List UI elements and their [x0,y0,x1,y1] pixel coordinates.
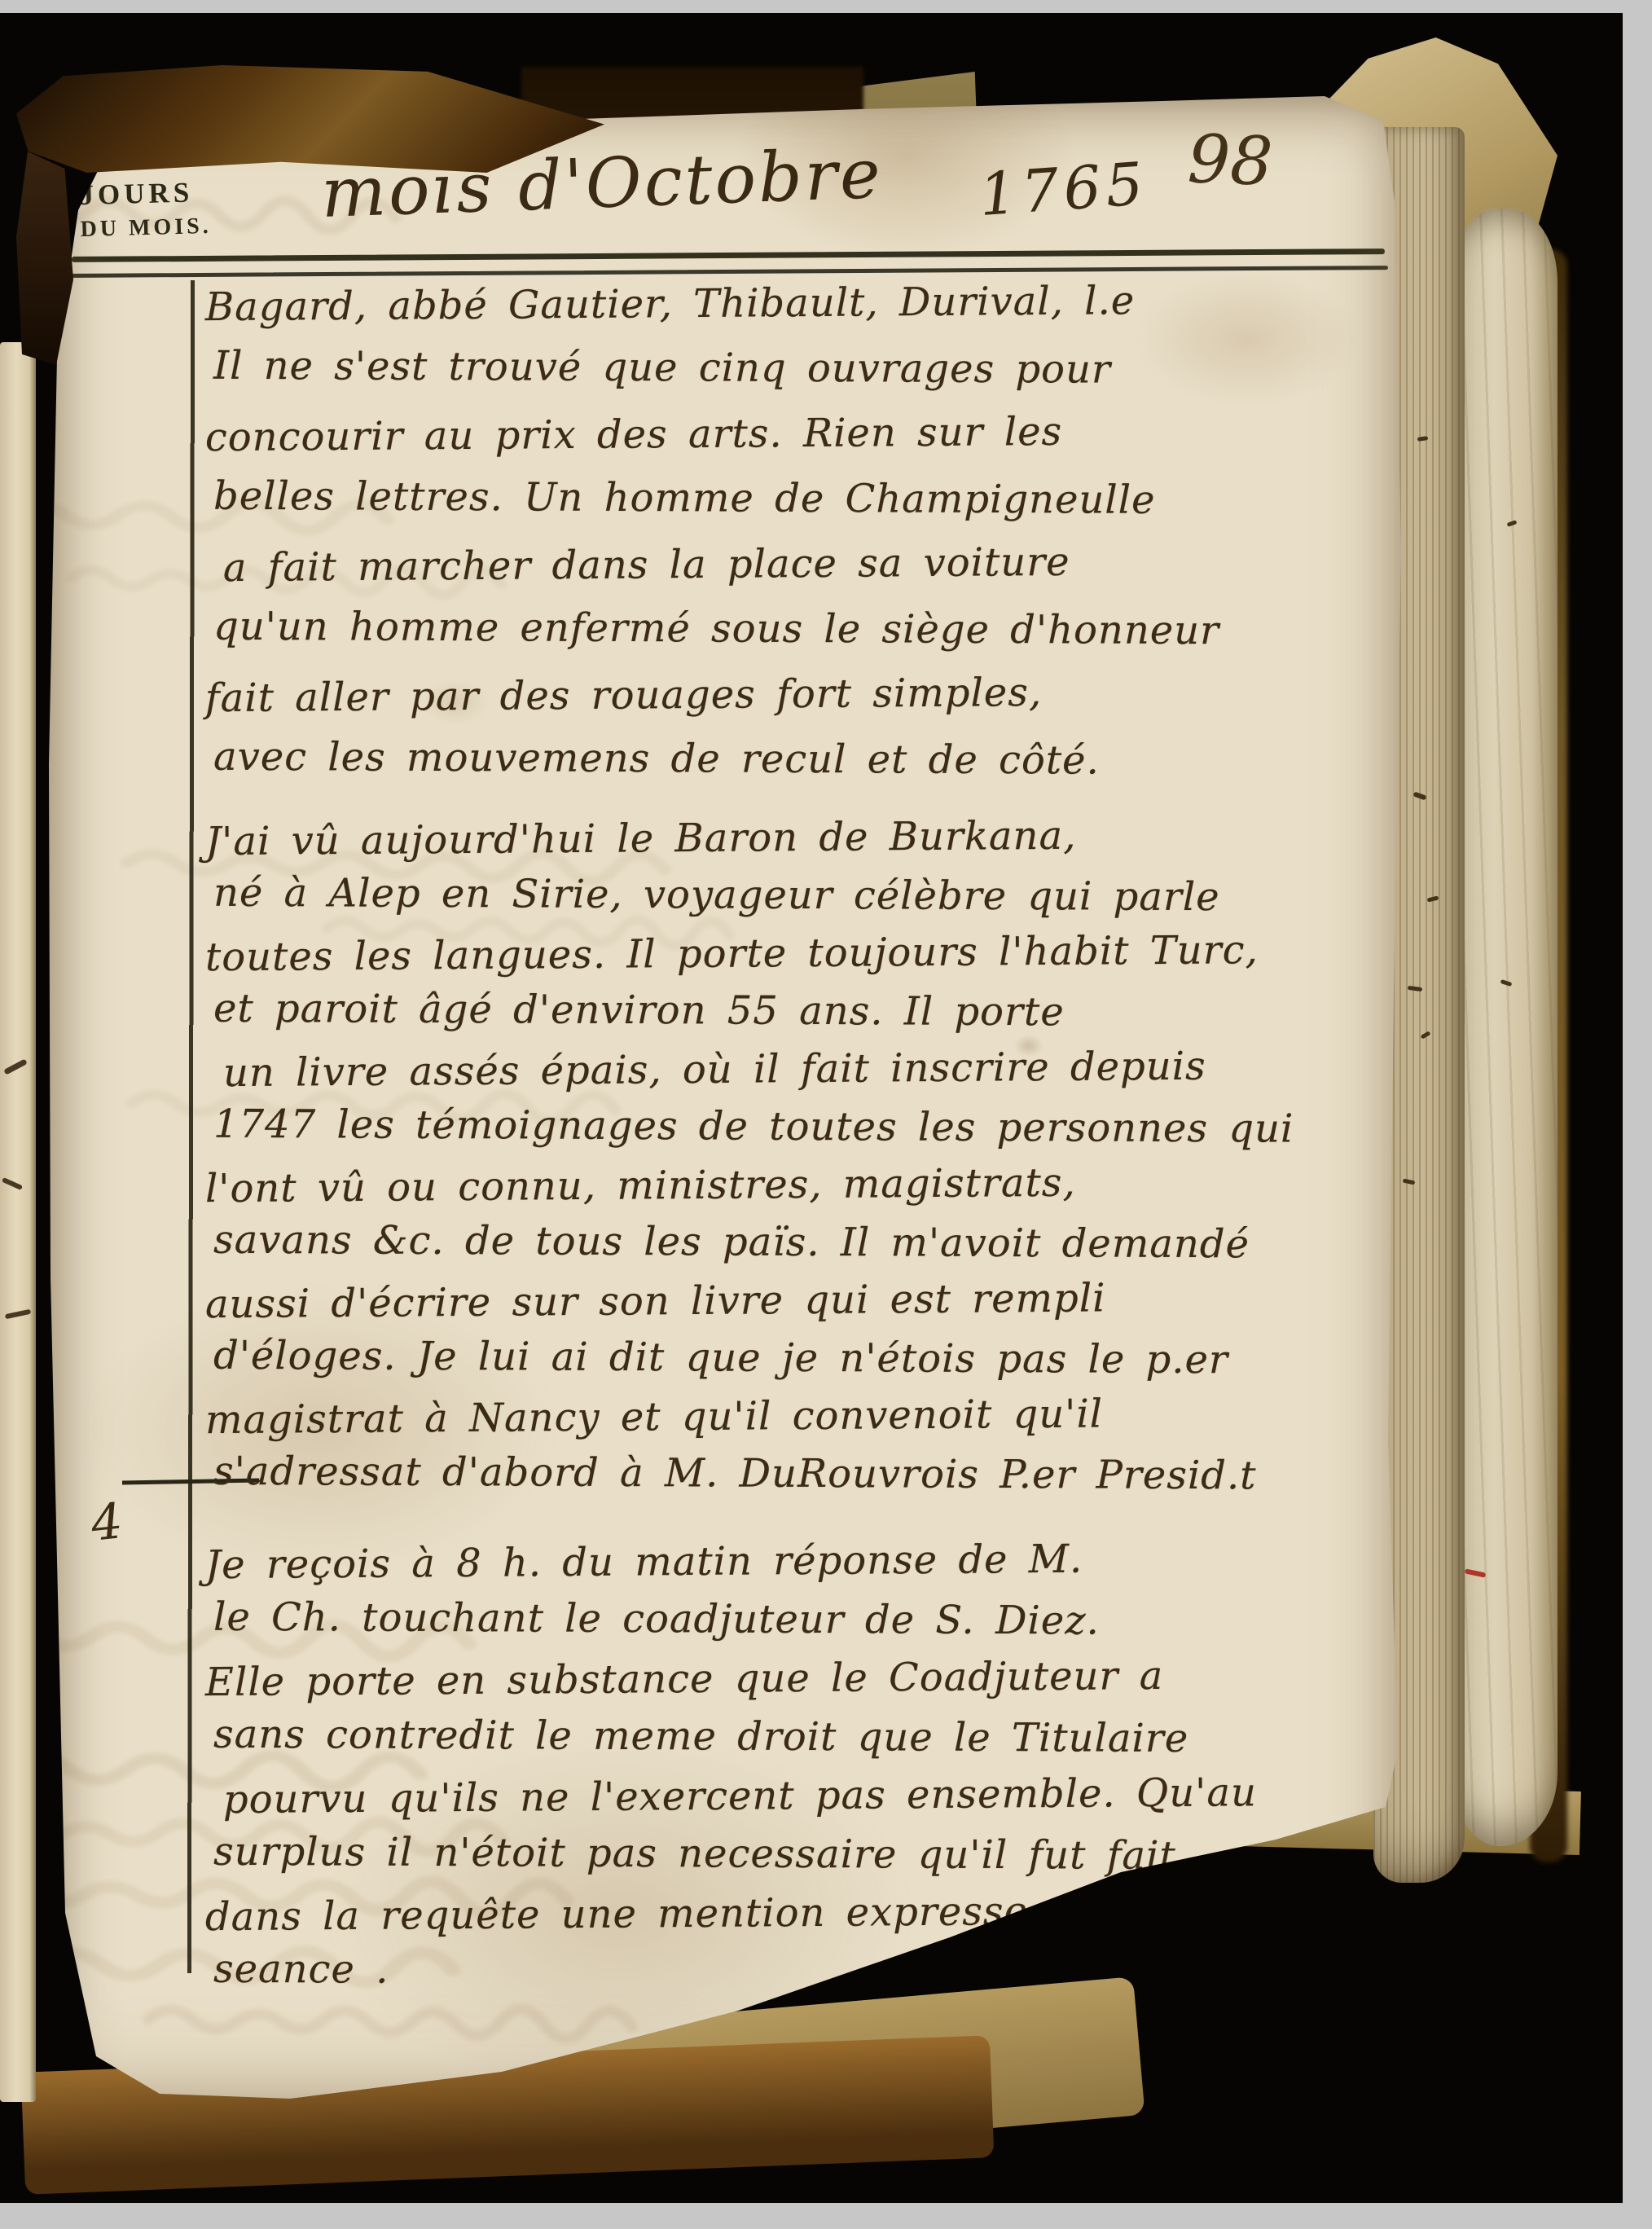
handwriting-line: et paroit âgé d'environ 55 ans. Il porte [213,987,1411,1050]
handwritten-year: 1765 [977,149,1150,229]
day-marker: 4 [88,1493,125,1553]
handwriting-line: belles lettres. Un homme de Champigneull… [213,475,1411,545]
handwriting-line: 1747 les témoignages de toutes les perso… [213,1103,1411,1166]
manuscript-page: JOURS DU MOIS. mois d'Octobre 1765 98 4 … [46,96,1411,2117]
photo-background: JOURS DU MOIS. mois d'Octobre 1765 98 4 … [0,13,1623,2203]
handwriting-line: dans la requête une mention expresse de … [205,1888,1411,1954]
handwriting-line: Je reçois à 8 h. du matin réponse de M. [205,1536,1411,1603]
torn-leather-flap [16,65,604,173]
handwriting-line: qu'un homme enfermé sous le siège d'honn… [213,605,1411,675]
handwriting-line: savans &c. de tous les païs. Il m'avoit … [213,1219,1411,1282]
handwriting-line: Bagard, abbé Gautier, Thibault, Durival,… [205,278,1412,351]
handwriting-line: avec les mouvemens de recul et de côté. [213,736,1411,806]
printed-margin-heading: JOURS DU MOIS. [79,176,212,243]
scanner-bed: { "colors": { "scanner_bed": "#c7c7c7", … [0,0,1652,2229]
handwriting-line: s'adressat d'abord à M. DuRouvrois P.er … [213,1450,1411,1513]
handwriting-line: le Ch. touchant le coadjuteur de S. Diez… [213,1596,1411,1660]
margin-heading-line2: DU MOIS. [80,213,212,243]
handwriting-line: aussi d'écrire sur son livre qui est rem… [205,1275,1411,1341]
handwriting-line: toutes les langues. Il porte toujours l'… [205,928,1411,994]
journal-entry: J'ai vû aujourd'hui le Baron de Burkana,… [205,816,1411,1510]
fore-edge-pages-outer [1452,209,1558,1846]
handwriting-line: un livre assés épais, où il fait inscrir… [223,1044,1411,1110]
handwriting-line: fait aller par des rouages fort simples, [205,669,1412,742]
handwriting-line: a fait marcher dans la place sa voiture [223,539,1412,612]
journal-entry: Je reçois à 8 h. du matin réponse de M.l… [205,1540,1411,2009]
previous-page-sliver [0,342,36,2102]
handwriting-line: Il ne s'est trouvé que cinq ouvrages pou… [213,345,1411,415]
handwriting-line: sans contredit le meme droit que le Titu… [213,1713,1411,1777]
handwriting-line: Elle porte en substance que le Coadjuteu… [205,1653,1411,1720]
handwriting-line: magistrat à Nancy et qu'il convenoit qu'… [205,1391,1411,1457]
rule-line [67,266,1388,278]
handwriting-line: né à Alep en Sirie, voyageur célèbre qui… [213,872,1411,934]
handwriting-line: l'ont vû ou connu, ministres, magistrats… [205,1159,1411,1225]
rule-line [72,248,1385,262]
handwriting-line: d'éloges. Je lui ai dit que je n'étois p… [213,1334,1411,1397]
handwriting-line: concourir au prix des arts. Rien sur les [205,408,1412,481]
ink-stroke [2,1177,23,1190]
margin-heading-line1: JOURS [79,176,211,212]
handwritten-page-number: 98 [1186,121,1274,201]
handwriting-line: J'ai vû aujourd'hui le Baron de Burkana, [205,812,1411,878]
handwriting-line: surplus il n'étoit pas necessaire qu'il … [213,1831,1411,1894]
ink-stroke [5,1309,32,1320]
ink-stroke [3,1058,28,1075]
handwriting-line: pourvu qu'ils ne l'exercent pas ensemble… [223,1770,1411,1837]
handwriting-line: seance . [213,1948,1411,2011]
day-column-rule [187,280,195,1973]
journal-entry: Bagard, abbé Gautier, Thibault, Durival,… [205,282,1411,803]
